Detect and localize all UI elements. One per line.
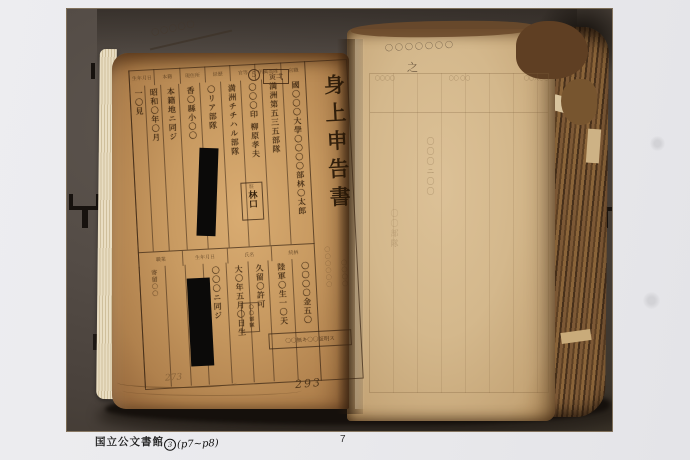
- form-header-cell: 本籍: [154, 68, 180, 85]
- form-header-cell: 経歴: [204, 65, 230, 82]
- form-upper-columns: 國〇〇〇大學〇〇〇〇部林〇太郎 満洲第五三五部隊 〇〇〇印 柳原孝夫 満洲チチハ…: [129, 77, 314, 252]
- personal-report-form: 身上申告書 〇〇〇〇〇〇 〇〇〇〇 官職 所属部隊 官等 経歴 現住所 本籍 生…: [128, 59, 363, 390]
- faint-header: 〇〇 〇〇: [449, 75, 471, 82]
- form-title-subtext: 〇〇〇〇: [338, 259, 348, 287]
- unit-box-text: 〇〇部隊: [247, 303, 254, 331]
- archive-name-label: 国立公文書館: [95, 434, 164, 449]
- form-entry: 國〇〇〇大學〇〇〇〇部林〇太郎: [290, 78, 307, 244]
- stamp-box: 寅弌: [263, 69, 289, 84]
- unit-box: 〇〇部隊: [241, 302, 261, 333]
- form-entry: 寄留〇〇: [149, 266, 162, 387]
- archive-photo: 〇〇〇〇 〇〇 〇〇 〇〇人〇〇 〇〇〇〇〇〇〇 之 〇〇〇ニ〇〇 〇〇部隊 身…: [66, 8, 613, 432]
- garrison-box: 駐 林口: [240, 182, 264, 221]
- pencil-mark: 之: [407, 59, 418, 75]
- form-entry: 陸軍〇生一〇天: [276, 260, 291, 381]
- scan-page: 〇〇〇〇 〇〇 〇〇 〇〇人〇〇 〇〇〇〇〇〇〇 之 〇〇〇ニ〇〇 〇〇部隊 身…: [0, 0, 690, 460]
- right-page-worn-corner: [516, 21, 588, 79]
- sheet-page-number: 7: [340, 434, 346, 445]
- page-bottom-edge-line: [122, 385, 302, 396]
- form-title: 身上申告書: [306, 73, 355, 215]
- form-header-cell: 生年月日: [128, 69, 154, 86]
- garrison-label: 駐: [249, 183, 254, 190]
- right-page-worn-spot: [561, 79, 597, 125]
- edge-tick-top: [91, 63, 95, 79]
- circled-number-stamp: 5: [248, 69, 260, 81]
- paper-spot: [650, 136, 665, 151]
- form-title-subtext: 〇〇〇〇〇〇: [322, 246, 333, 288]
- redaction-bar: [187, 277, 215, 366]
- form-header-cell: 現住所: [179, 66, 205, 83]
- right-page-faint-text: 〇〇部隊: [389, 209, 400, 249]
- form-entry: 〇〇〇ニ同ジ: [210, 263, 225, 384]
- redaction-bar: [196, 148, 218, 237]
- faint-header: 〇〇〇〇: [375, 75, 395, 82]
- form-entry: 〇〇〇〇金五〇: [300, 258, 315, 379]
- right-page-faint-headers: 〇〇〇〇 〇〇 〇〇 〇〇人〇〇: [371, 75, 553, 82]
- faint-header: 〇〇人〇〇: [524, 75, 549, 82]
- worn-page-chip: [586, 129, 601, 164]
- caption-note-text: (p7~p8): [177, 438, 219, 450]
- paper-spot: [643, 292, 660, 309]
- right-page-faint-text: 〇〇〇ニ〇〇: [425, 137, 436, 197]
- form-lower-columns: 〇〇〇〇金五〇 陸軍〇生一〇天 久留〇許可 大〇年五月〇日生 〇〇〇ニ同ジ 兄 …: [139, 258, 322, 388]
- garrison-value: 林口: [245, 190, 259, 209]
- form-entry: [175, 265, 181, 386]
- handwritten-caption-note: 3 (p7~p8): [164, 437, 219, 451]
- circled-number: 3: [164, 439, 176, 451]
